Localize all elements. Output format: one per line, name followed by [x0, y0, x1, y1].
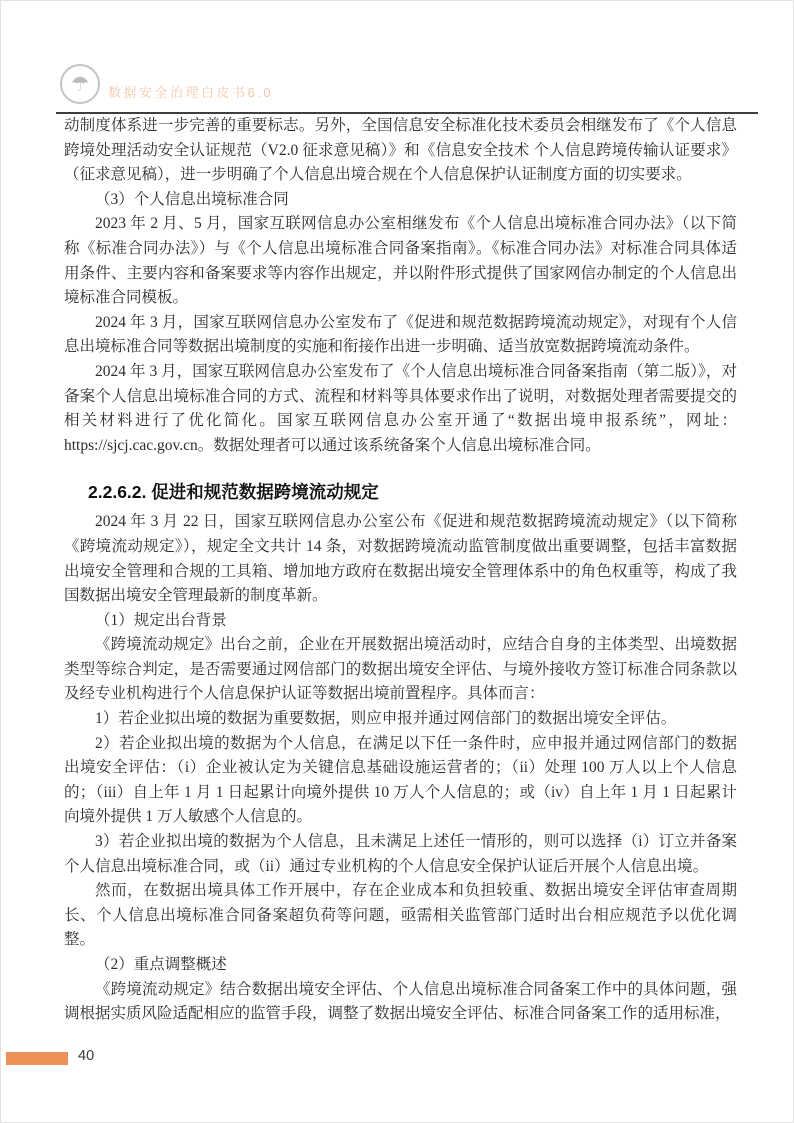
page-body: 动制度体系进一步完善的重要标志。另外，全国信息安全标准化技术委员会相继发布了《个…	[64, 114, 737, 1027]
document-page: ☂ 数据安全治理白皮书6.0 动制度体系进一步完善的重要标志。另外，全国信息安全…	[0, 0, 794, 1123]
umbrella-icon: ☂	[71, 74, 90, 95]
paragraph: 动制度体系进一步完善的重要标志。另外，全国信息安全标准化技术委员会相继发布了《个…	[64, 114, 737, 188]
paragraph: 2024 年 3 月 22 日，国家互联网信息办公室公布《促进和规范数据跨境流动…	[64, 510, 737, 608]
publisher-emblem-icon: ☂	[60, 64, 100, 104]
paragraph: 《跨境流动规定》出台之前，企业在开展数据出境活动时，应结合自身的主体类型、出境数…	[64, 633, 737, 707]
list-item-1: 1）若企业拟出境的数据为重要数据，则应申报并通过网信部门的数据出境安全评估。	[64, 707, 737, 732]
footer-accent-bar	[6, 1052, 68, 1065]
subheading-item-1: （1）规定出台背景	[64, 609, 737, 634]
page-number: 40	[78, 1048, 94, 1064]
paragraph: 然而，在数据出境具体工作开展中，存在企业成本和负担较重、数据出境安全评估审查周期…	[64, 879, 737, 953]
list-item-3: 3）若企业拟出境的数据为个人信息，且未满足上述任一情形的，则可以选择（i）订立并…	[64, 830, 737, 879]
paragraph: 2024 年 3 月，国家互联网信息办公室发布了《个人信息出境标准合同备案指南（…	[64, 360, 737, 458]
paragraph: 2023 年 2 月、5 月，国家互联网信息办公室相继发布《个人信息出境标准合同…	[64, 212, 737, 310]
section-heading-2-2-6-2: 2.2.6.2. 促进和规范数据跨境流动规定	[88, 481, 737, 503]
subheading-item-2: （2）重点调整概述	[64, 953, 737, 978]
list-item-2: 2）若企业拟出境的数据为个人信息，在满足以下任一条件时，应申报并通过网信部门的数…	[64, 732, 737, 830]
paragraph: 2024 年 3 月，国家互联网信息办公室发布了《促进和规范数据跨境流动规定》，…	[64, 311, 737, 360]
running-header-title: 数据安全治理白皮书6.0	[108, 82, 273, 101]
paragraph: 《跨境流动规定》结合数据出境安全评估、个人信息出境标准合同备案工作中的具体问题，…	[64, 978, 737, 1027]
subheading-item-3: （3）个人信息出境标准合同	[64, 188, 737, 213]
